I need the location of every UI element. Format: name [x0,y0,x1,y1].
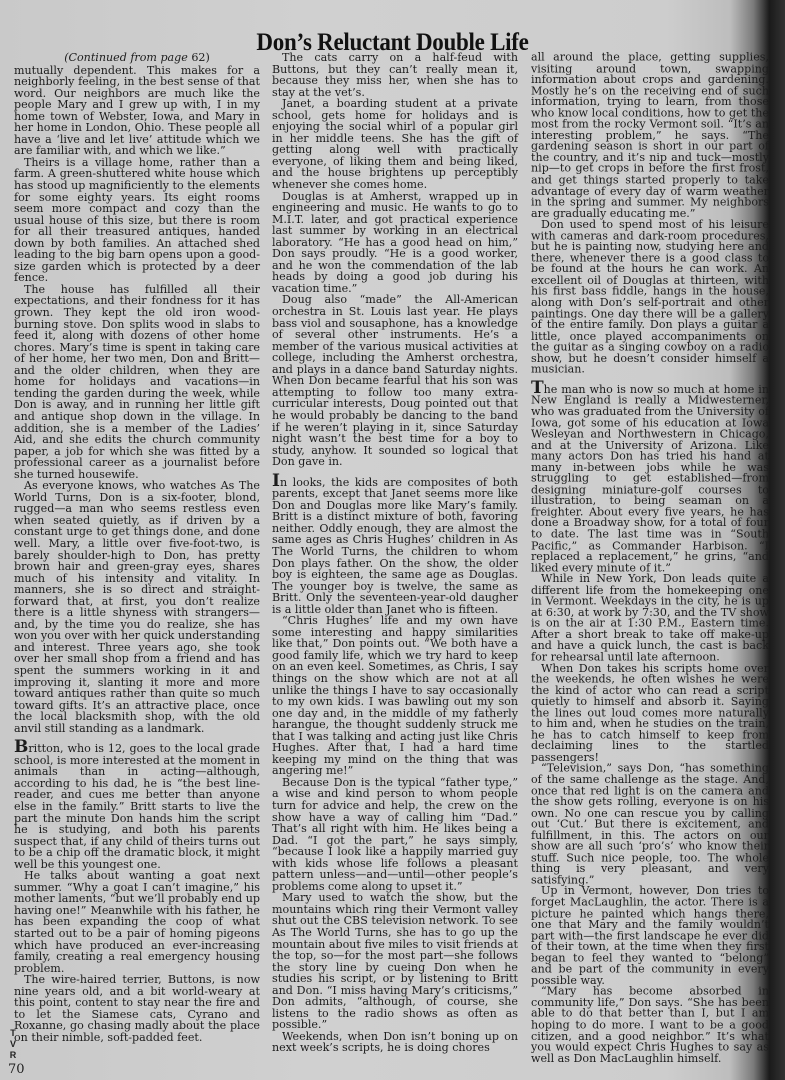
page-number: 70 [8,1062,25,1077]
article-column-1: (Continued from page 62) mutually depend… [14,52,260,1043]
paragraph: While in New York, Don leads quite a dif… [531,574,769,663]
article-column-3: all around the place, getting supplies, … [531,52,769,1064]
section-paragraph: Britton, who is 12, goes to the local gr… [14,742,260,870]
paragraph-text: Doug also “made” the All-American orches… [272,293,518,468]
paragraph: Because Don is the typical “father type,… [272,777,518,892]
paragraph-text: The wire-haired terrier, Buttons, is now… [14,973,260,1044]
paragraph-text: Theirs is a village home, rather than a … [14,156,260,284]
paragraph: Doug also “made” the All-American orches… [272,294,518,467]
side-mark: T V R [8,1028,18,1061]
continued-note: (Continued from page 62) [14,52,260,64]
paragraph-text: He talks about wanting a goat next summe… [14,869,260,974]
paragraph: “Mary has become absorbed in community l… [531,986,769,1064]
article-column-2: The cats carry on a half-feud with Butto… [272,52,518,1054]
paragraph-text: “Mary has become absorbed in community l… [531,985,769,1064]
paragraph-text: mutually dependent. This makes for a nei… [14,64,260,158]
paragraph: Douglas is at Amherst, wrapped up in eng… [272,191,518,295]
continued-page-number: 62 [191,51,205,64]
paragraph: He talks about wanting a goat next summe… [14,870,260,974]
paragraph: Don used to spend most of his leisure wi… [531,219,769,375]
paragraph: Mary used to watch the show, but the mou… [272,892,518,1031]
paragraph: As everyone knows, who watches As The Wo… [14,480,260,734]
paragraph-text: “Chris Hughes’ life and my own have some… [272,614,518,777]
paragraph: The wire-haired terrier, Buttons, is now… [14,974,260,1043]
paragraph-text: ritton, who is 12, goes to the local gra… [14,742,260,870]
paragraph: Weekends, when Don isn’t boning up on ne… [272,1031,518,1054]
paragraph: Theirs is a village home, rather than a … [14,157,260,284]
paragraph: When Don takes his scripts home over the… [531,663,769,763]
paragraph: “Television,” says Don, “has something o… [531,763,769,886]
paragraph: mutually dependent. This makes for a nei… [14,65,260,157]
paragraph-text: While in New York, Don leads quite a dif… [531,573,769,664]
paragraph-text: he man who is now so much at home in New… [531,383,769,574]
paragraph-text: “Television,” says Don, “has something o… [531,762,769,886]
paragraph-text: Janet, a boarding student at a private s… [272,97,518,191]
paragraph-text: When Don takes his scripts home over the… [531,662,769,764]
paragraph-text: The house has fulfilled all their expect… [14,283,260,481]
section-paragraph: In looks, the kids are composites of bot… [272,476,518,616]
paragraph-text: n looks, the kids are composites of both… [272,476,518,616]
paragraph-text: Weekends, when Don isn’t boning up on ne… [272,1030,518,1055]
section-paragraph: The man who is now so much at home in Ne… [531,383,769,574]
paragraph: Janet, a boarding student at a private s… [272,98,518,190]
paragraph: The cats carry on a half-feud with Butto… [272,52,518,98]
paragraph-text: Because Don is the typical “father type,… [272,776,518,893]
paragraph-text: Douglas is at Amherst, wrapped up in eng… [272,190,518,295]
paragraph: Up in Vermont, however, Don tries to for… [531,886,769,986]
paragraph-text: As everyone knows, who watches As The Wo… [14,479,260,734]
paragraph-text: The cats carry on a half-feud with Butto… [272,51,518,99]
paragraph: The house has fulfilled all their expect… [14,284,260,480]
paragraph-text: Don used to spend most of his leisure wi… [531,218,769,376]
paragraph-text: all around the place, getting supplies, … [531,51,769,220]
book-spine-shadow [765,0,785,1080]
paragraph-text: Up in Vermont, however, Don tries to for… [531,885,769,987]
paragraph-text: Mary used to watch the show, but the mou… [272,891,518,1031]
paragraph: “Chris Hughes’ life and my own have some… [272,615,518,777]
paragraph: all around the place, getting supplies, … [531,52,769,219]
